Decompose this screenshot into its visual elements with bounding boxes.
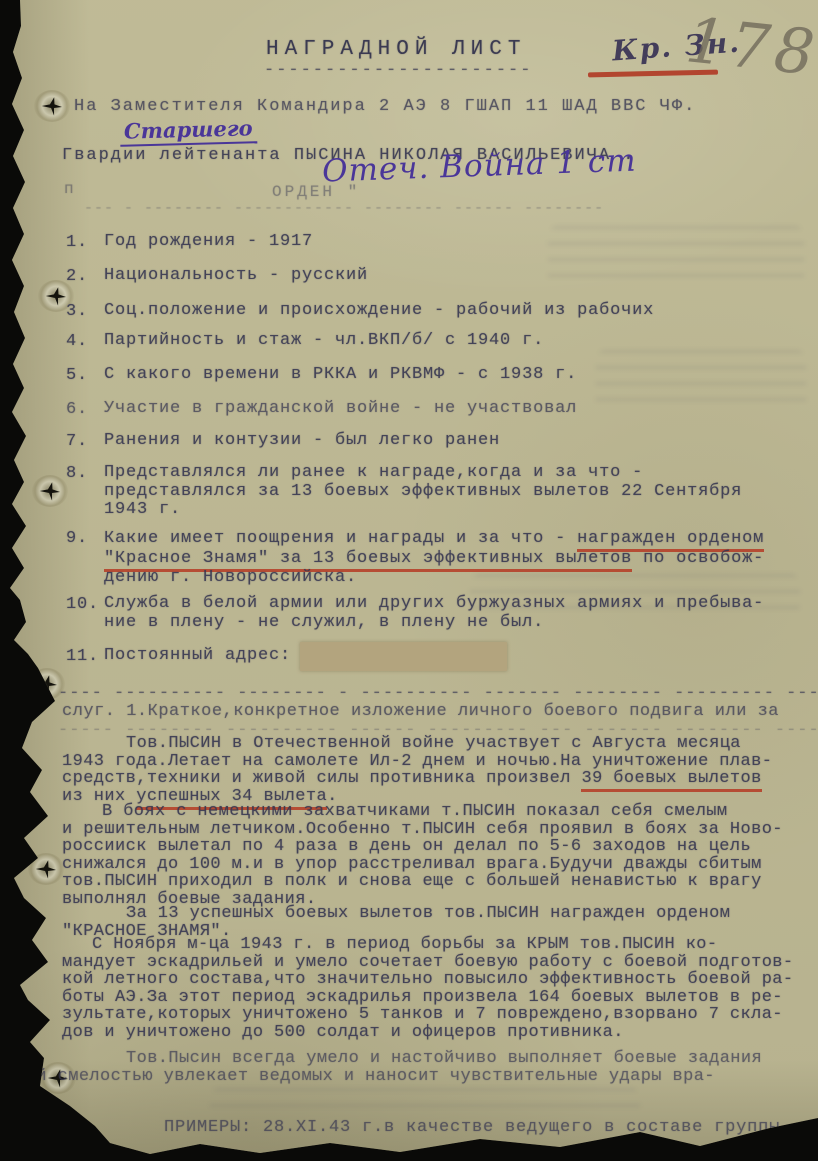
item-number: 4. (66, 332, 104, 351)
item-number: 8. (66, 464, 104, 520)
form-item: 10.Служба в белой армии или других буржу… (66, 595, 810, 632)
page-number-pencil: 178 (683, 3, 818, 90)
rank-insert-handwritten: Старшего (120, 115, 257, 147)
dashed-separator: ---- ---------- -------- - ---------- --… (58, 684, 818, 703)
paper-sheet: НАГРАДНОЙ ЛИСТ ---------------------- Кр… (0, 0, 818, 1161)
citation-paragraph: С Ноября м-ца 1943 г. в период борьбы за… (62, 936, 818, 1041)
citation-paragraph: Тов.ПЫСИН в Отечественной войне участвуе… (62, 735, 818, 805)
citation-line: Тов.ПЫСИН в Отечественной войне участвуе… (62, 735, 818, 753)
punch-hole-tear (44, 285, 68, 307)
form-item: 2.Национальность - русский (66, 267, 810, 286)
item-line: Какие имеет поощрения и награды и за что… (104, 529, 764, 549)
citation-line: своей смелостью увлекает ведомых и нанос… (0, 1067, 715, 1086)
item-text: Ранения и контузии - был легко ранен (104, 432, 500, 451)
item-text: Соц.положение и происхождение - рабочий … (104, 302, 654, 321)
item-text: Какие имеет поощрения и награды и за что… (104, 529, 764, 588)
document-page: НАГРАДНОЙ ЛИСТ ---------------------- Кр… (0, 0, 818, 1161)
item-text: Партийность и стаж - чл.ВКП/б/ с 1940 г. (104, 332, 544, 351)
punch-hole (32, 475, 68, 507)
dashed-separator: --- - -------- ------------ -------- ---… (84, 200, 604, 217)
form-item: 6.Участие в гражданской войне - не участ… (66, 400, 810, 419)
ink-smudge (210, 1088, 640, 1114)
item-text: Постоянный адрес: (104, 647, 291, 666)
form-item: 1.Год рождения - 1917 (66, 233, 810, 252)
item-number: 5. (66, 366, 104, 385)
punch-hole-tear (40, 95, 64, 117)
item-text: Служба в белой армии или других буржуазн… (104, 595, 764, 632)
stray-typed-character: п (64, 180, 74, 198)
citation-paragraph: В боях с немецкими захватчиками т.ПЫСИН … (62, 803, 818, 908)
title-underline-dashes: ---------------------- (264, 61, 532, 80)
citation-text-part: средств,техники и живой силы противника … (62, 769, 581, 788)
form-item: 3.Соц.положение и происхождение - рабочи… (66, 302, 810, 321)
form-item: 8.Представлялся ли ранее к награде,когда… (66, 464, 810, 520)
punch-hole (34, 90, 70, 122)
item-text-part: Какие имеет поощрения и награды и за что… (104, 529, 577, 548)
citation-line: 1943 года.Летает на самолете Ил-2 днем и… (62, 753, 818, 771)
item-number: 11. (66, 647, 104, 666)
item-text: С какого времени в РККА и РКВМФ - с 1938… (104, 366, 577, 385)
item-number: 9. (66, 529, 104, 588)
punch-hole-tear (35, 673, 59, 695)
punch-hole-tear (38, 480, 62, 502)
item-number: 3. (66, 302, 104, 321)
recipient-position-line: На Заместителя Командира 2 АЭ 8 ГШАП 11 … (74, 97, 696, 116)
item-text: Национальность - русский (104, 267, 368, 286)
citation-line: средств,техники и живой силы противника … (62, 770, 818, 788)
item-number: 6. (66, 400, 104, 419)
address-redaction-block (300, 642, 507, 671)
underlined-text: 39 боевых вылетов (581, 769, 761, 792)
item-text: Представлялся ли ранее к награде,когда и… (104, 464, 742, 520)
form-item: 4.Партийность и стаж - чл.ВКП/б/ с 1940 … (66, 332, 810, 351)
item-number: 7. (66, 432, 104, 451)
form-item: 7.Ранения и контузии - был легко ранен (66, 432, 810, 451)
item-text-part: по освобож- (632, 549, 764, 568)
examples-line: ПРИМЕРЫ: 28.XI.43 г.в качестве ведущего … (164, 1118, 780, 1137)
form-title: НАГРАДНОЙ ЛИСТ (266, 38, 526, 61)
item-text: Участие в гражданской войне - не участво… (104, 400, 577, 419)
punch-hole-tear (34, 858, 58, 880)
item-text: Год рождения - 1917 (104, 233, 313, 252)
item-line: "Красное Знамя" за 13 боевых эффективных… (104, 549, 764, 569)
section-heading-line: слуг. 1.Краткое,конкретное изложение лич… (62, 702, 779, 721)
form-item: 5.С какого времени в РККА и РКВМФ - с 19… (66, 366, 810, 385)
punch-hole (28, 853, 64, 885)
item-number: 2. (66, 267, 104, 286)
item-number: 10. (66, 595, 104, 632)
item-number: 1. (66, 233, 104, 252)
citation-line: Тов.Пысин всегда умело и настойчиво выпо… (126, 1049, 762, 1068)
form-item: 9. Какие имеет поощрения и награды и за … (66, 529, 810, 588)
